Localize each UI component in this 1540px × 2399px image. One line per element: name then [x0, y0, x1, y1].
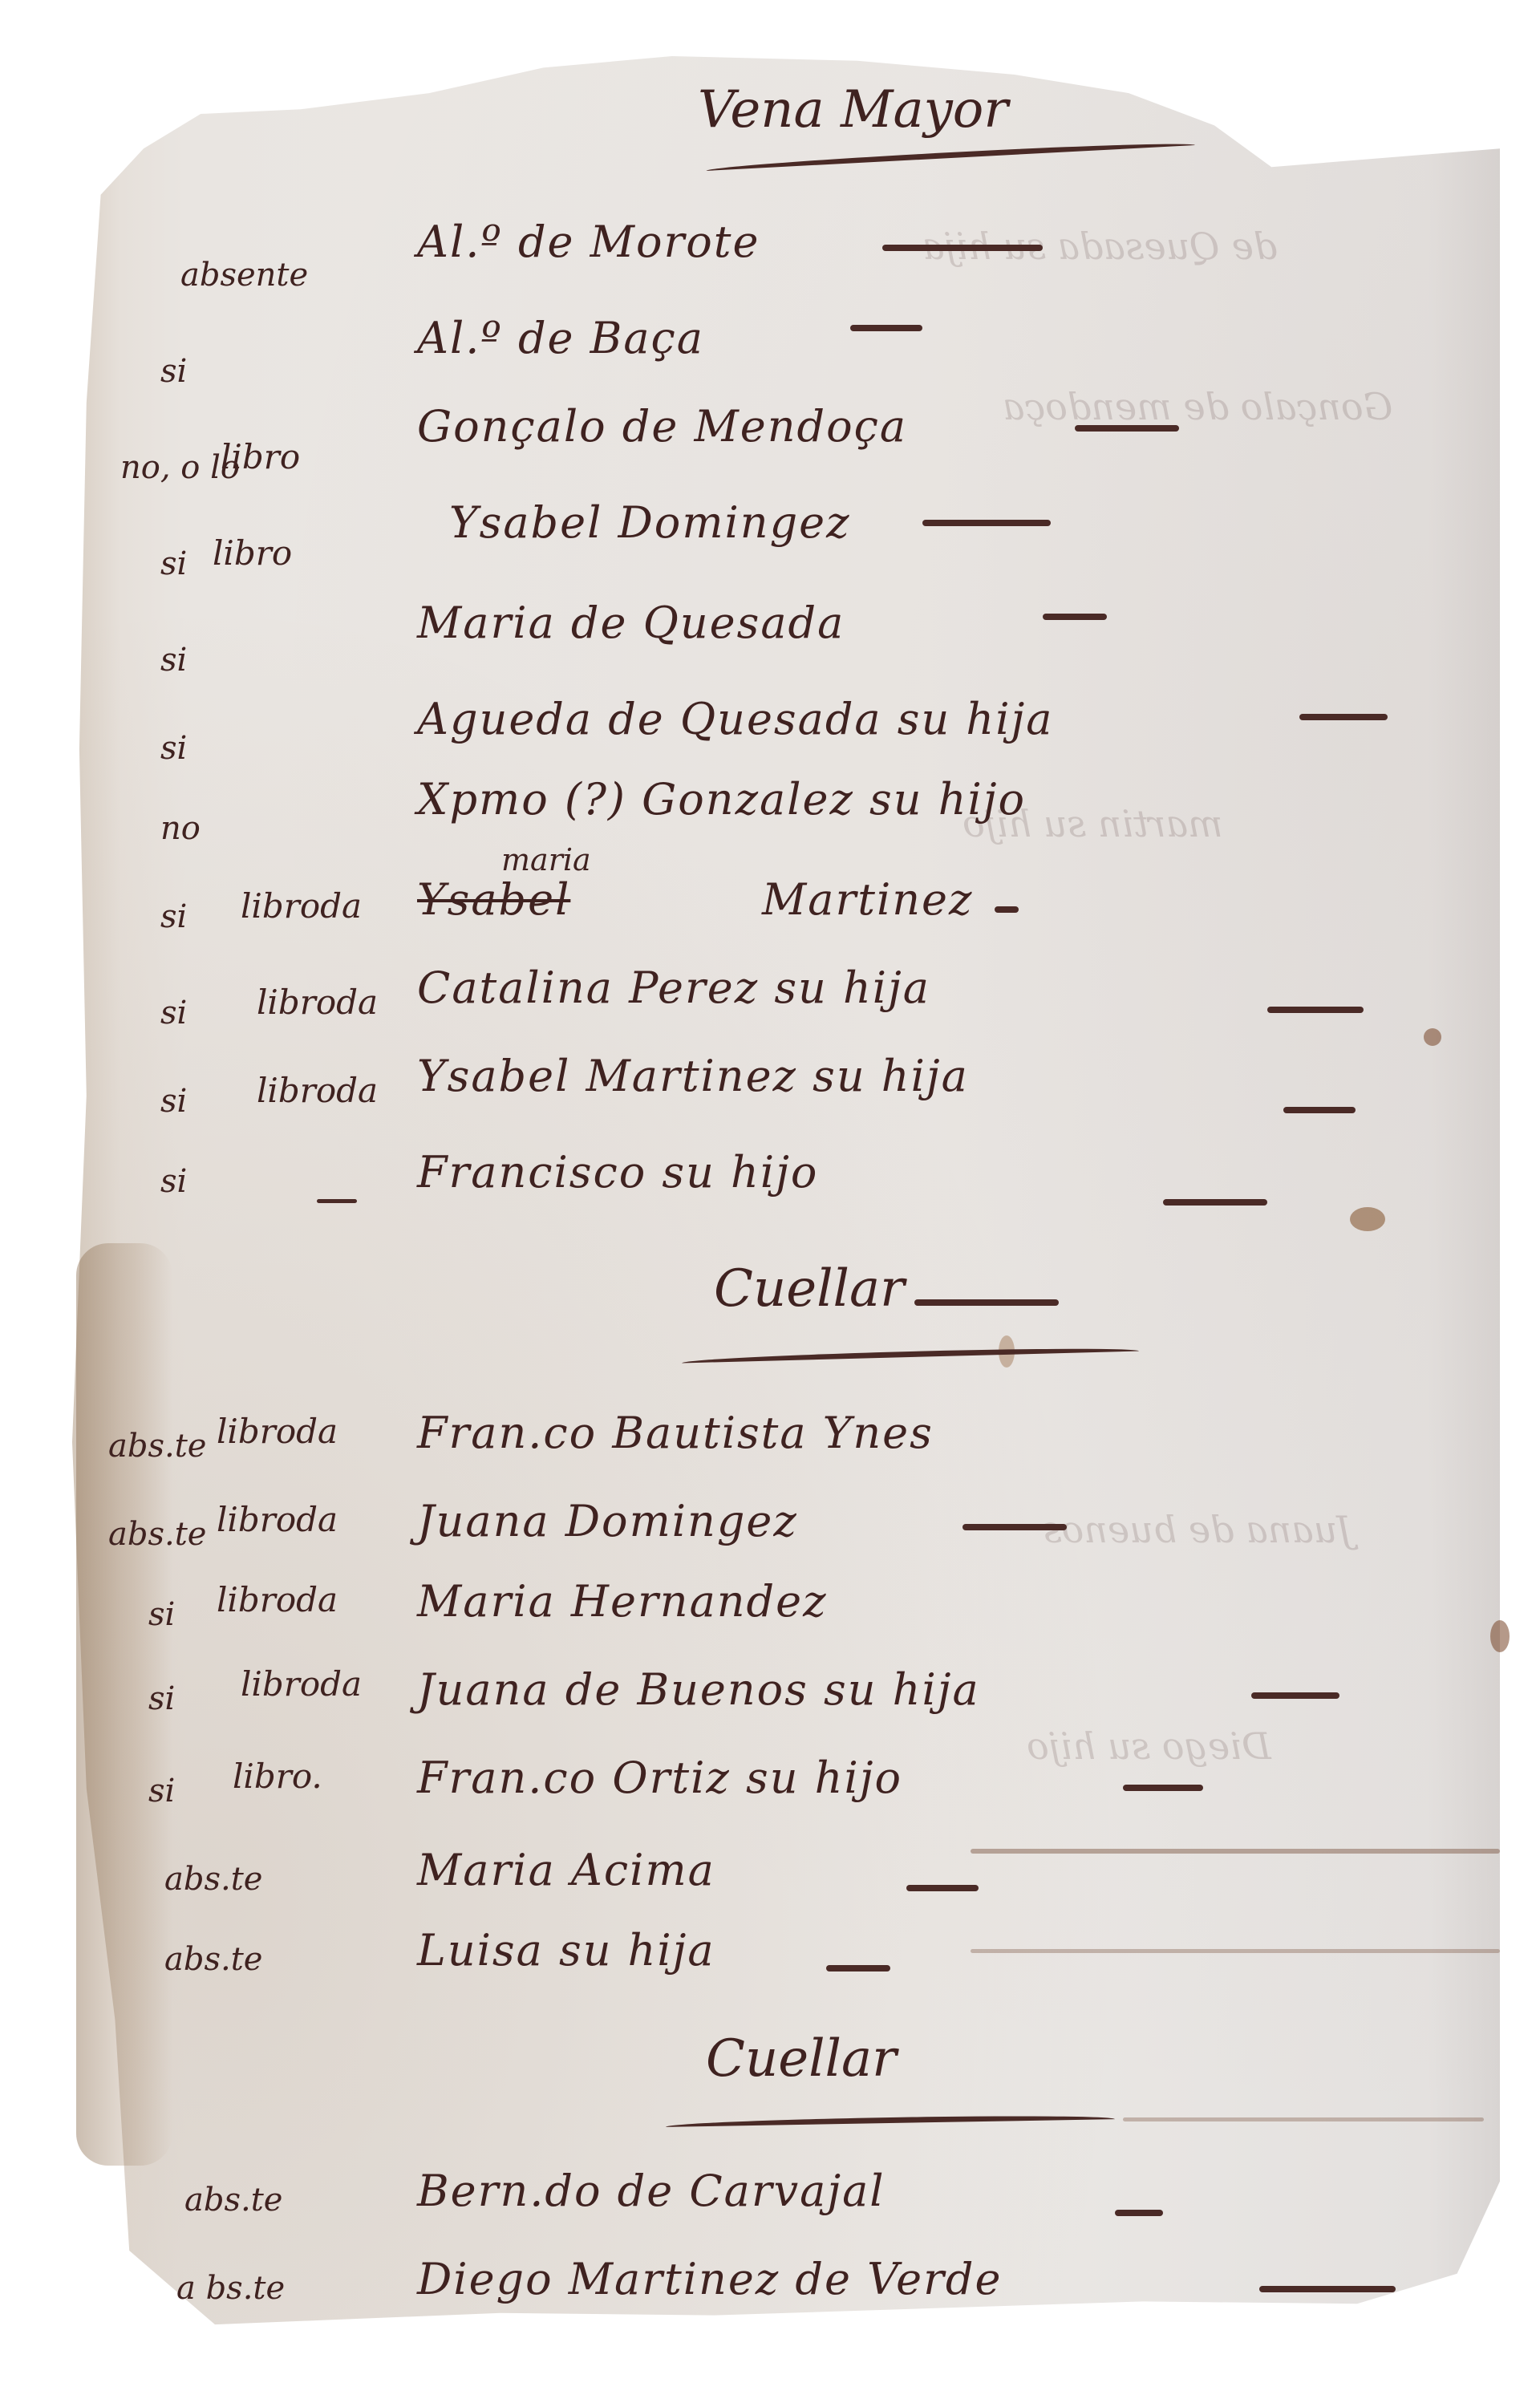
- line-flourish: [1075, 425, 1179, 432]
- entry-name: Al.º de Morote: [417, 217, 760, 267]
- entry-name: Gonçalo de Mendoça: [417, 401, 907, 452]
- line-flourish: [1283, 1107, 1356, 1113]
- line-flourish: [1259, 2286, 1396, 2292]
- entry-status: si: [148, 1680, 175, 1717]
- entry-status: abs.te: [164, 1941, 262, 1978]
- bleed-through-text: Juana de buenos: [1043, 1508, 1352, 1551]
- entry-name: Diego Martinez de Verde: [417, 2254, 1002, 2304]
- entry-status: si: [160, 545, 187, 582]
- entry-status: si: [160, 995, 187, 1031]
- entry-name: Maria Acima: [417, 1845, 715, 1895]
- bleed-through-text: Diego su hijo: [1027, 1724, 1271, 1768]
- dash-mark: [317, 1199, 357, 1203]
- line-flourish: [1267, 1007, 1364, 1013]
- line-flourish: [1123, 1785, 1203, 1791]
- line-flourish: [962, 1524, 1067, 1530]
- line-flourish: [1043, 614, 1107, 620]
- entry-name: Maria Hernandez: [417, 1576, 828, 1627]
- entry-status: abs.te: [164, 1861, 262, 1898]
- entry-note: libroda: [217, 1412, 338, 1451]
- line-flourish: [1163, 1199, 1267, 1206]
- entry-name: Luisa su hija: [417, 1925, 715, 1976]
- line-flourish: [826, 1965, 890, 1971]
- line-flourish: [1251, 1692, 1339, 1699]
- line-flourish: [995, 906, 1019, 913]
- entry-status: si: [160, 642, 187, 679]
- ink-spot: [1350, 1207, 1385, 1231]
- entry-status: no: [160, 810, 201, 847]
- entry-note: libroda: [257, 983, 378, 1022]
- entry-status: si: [160, 730, 187, 767]
- entry-name: Fran.co Bautista Ynes: [417, 1408, 934, 1458]
- entry-note: libro: [213, 533, 292, 573]
- interlinear-insertion: maria: [501, 842, 591, 877]
- entry-status: si: [160, 353, 187, 390]
- entry-name: Juana Domingez: [417, 1496, 798, 1546]
- entry-name: Ysabel Martinez su hija: [417, 1051, 969, 1101]
- entry-name: Agueda de Quesada su hija: [417, 694, 1053, 744]
- entry-note: libro: [221, 437, 300, 476]
- entry-name: Catalina Perez su hija: [417, 962, 930, 1013]
- entry-status: absente: [180, 257, 308, 294]
- entry-status: si: [148, 1773, 175, 1809]
- line-flourish: [906, 1885, 979, 1891]
- bleed-line: [1123, 2117, 1484, 2121]
- entry-name: Xpmo (?) Gonzalez su hijo: [417, 774, 1026, 825]
- entry-name: Fran.co Ortiz su hijo: [417, 1753, 902, 1803]
- line-flourish: [1299, 714, 1388, 720]
- entry-name: Ysabel Domingez: [449, 497, 851, 548]
- entry-note: libroda: [241, 886, 362, 926]
- entry-name: Ysabel: [417, 874, 570, 925]
- section-heading: Cuellar: [706, 2029, 897, 2089]
- entry-status: abs.te: [184, 2182, 282, 2219]
- entry-name: Bern.do de Carvajal: [417, 2166, 885, 2216]
- entry-status: abs.te: [108, 1516, 206, 1553]
- entry-status: si: [160, 1163, 187, 1200]
- bleed-line: [971, 1949, 1500, 1953]
- entry-note: libroda: [241, 1664, 362, 1704]
- section-heading: Vena Mayor: [698, 80, 1008, 140]
- entry-status: a bs.te: [176, 2270, 285, 2307]
- line-flourish: [882, 245, 1043, 251]
- entry-status: si: [160, 1083, 187, 1120]
- bleed-through-text: Gonçalo de mendoça: [1003, 385, 1392, 428]
- entry-note: libroda: [217, 1500, 338, 1539]
- section-heading: Cuellar: [714, 1259, 905, 1319]
- heading-flourish: [914, 1299, 1059, 1306]
- entry-name: Al.º de Baça: [417, 313, 704, 363]
- entry-name: Juana de Buenos su hija: [417, 1664, 980, 1715]
- entry-note: libroda: [217, 1580, 338, 1619]
- ink-spot: [1490, 1620, 1510, 1652]
- entry-status: si: [148, 1596, 175, 1633]
- entry-name: Martinez: [762, 874, 973, 925]
- entry-name: Maria de Quesada: [417, 598, 845, 648]
- struck-word: Ysabel: [417, 874, 570, 925]
- line-flourish: [1115, 2210, 1163, 2216]
- entry-status: si: [160, 898, 187, 935]
- line-flourish: [850, 325, 922, 331]
- ink-spot: [1424, 1028, 1441, 1046]
- entry-note: libroda: [257, 1071, 378, 1110]
- line-flourish: [922, 520, 1051, 526]
- bleed-line: [971, 1849, 1500, 1854]
- entry-status: abs.te: [108, 1428, 206, 1465]
- entry-note: libro.: [233, 1757, 322, 1796]
- entry-name: Francisco su hijo: [417, 1147, 818, 1197]
